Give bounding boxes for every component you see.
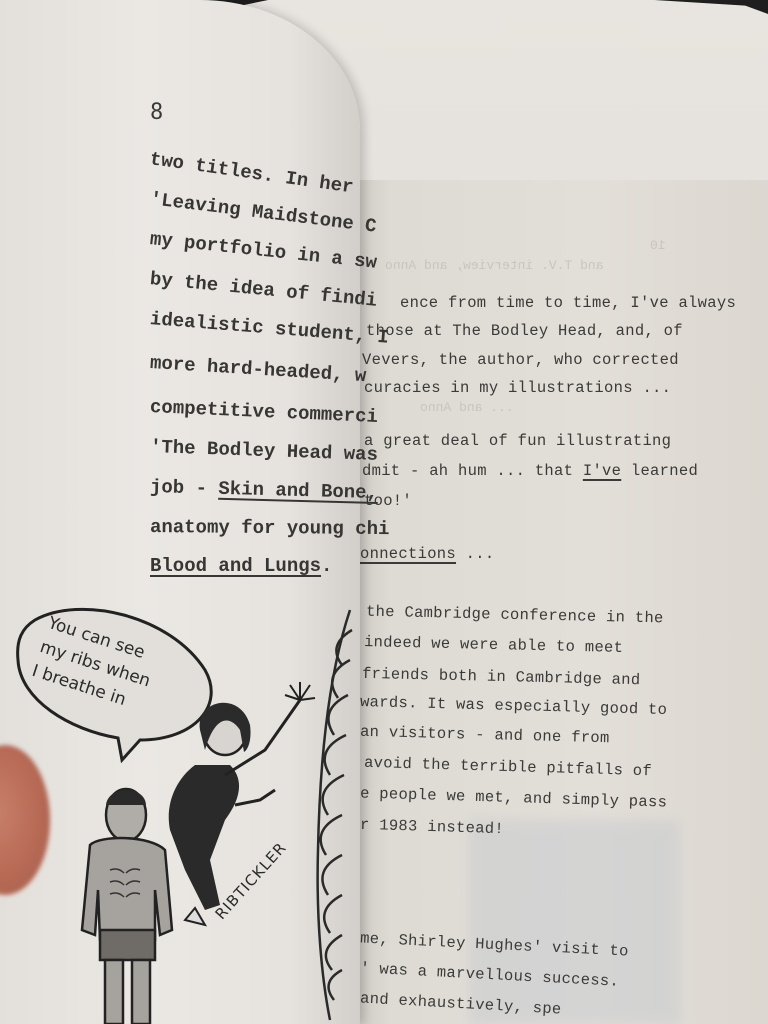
text-line: friends both in Cambridge and (362, 665, 641, 689)
underlined-word: I've (583, 462, 621, 480)
text-line: more hard-headed, w (149, 352, 367, 387)
text-line: r 1983 instead! (360, 816, 505, 838)
text-line: idealistic student, I (149, 308, 389, 349)
page-number: 8 (150, 100, 163, 125)
right-page-text: ence from time to time, I've always thos… (360, 0, 768, 1024)
text-line: and exhaustively, spe (360, 989, 562, 1018)
underlined-title: Blood and Lungs (150, 555, 321, 577)
text-line: 'The Bodley Head was (150, 436, 379, 466)
underlined-word: onnections (360, 545, 456, 563)
text-line: competitive commerci (150, 396, 379, 428)
text-line: me, Shirley Hughes' visit to (360, 929, 629, 960)
text-line: my portfolio in a sw (149, 228, 378, 274)
text-line: by the idea of findi (149, 268, 378, 312)
text-line: curacies in my illustrations ... (364, 379, 671, 397)
text-line: an visitors - and one from (360, 723, 610, 748)
text-line: onnections ... (360, 545, 494, 563)
underlined-title: Skin and Bone, (218, 478, 378, 504)
text-line: anatomy for young chi (150, 516, 390, 540)
text-line: ence from time to time, I've always (400, 294, 736, 312)
text-line: wards. It was especially good to (360, 693, 668, 719)
text-line: indeed we were able to meet (364, 633, 624, 657)
text-line: job - Skin and Bone, (150, 476, 379, 504)
text-line: Blood and Lungs. (150, 555, 332, 577)
text-line: ' was a marvellous success. (360, 959, 620, 991)
cartoon-illustration: You can see my ribs when I breathe in (0, 590, 360, 1024)
text-line: avoid the terrible pitfalls of (364, 754, 652, 781)
text-line: e people we met, and simply pass (360, 784, 668, 811)
text-line: Vevers, the author, who corrected (362, 351, 679, 369)
text-line: those at The Bodley Head, and, of (366, 322, 683, 340)
text-line: the Cambridge conference in the (366, 603, 664, 628)
text-line: dmit - ah hum ... that I've learned (362, 462, 698, 480)
text-line: a great deal of fun illustrating (364, 432, 671, 450)
